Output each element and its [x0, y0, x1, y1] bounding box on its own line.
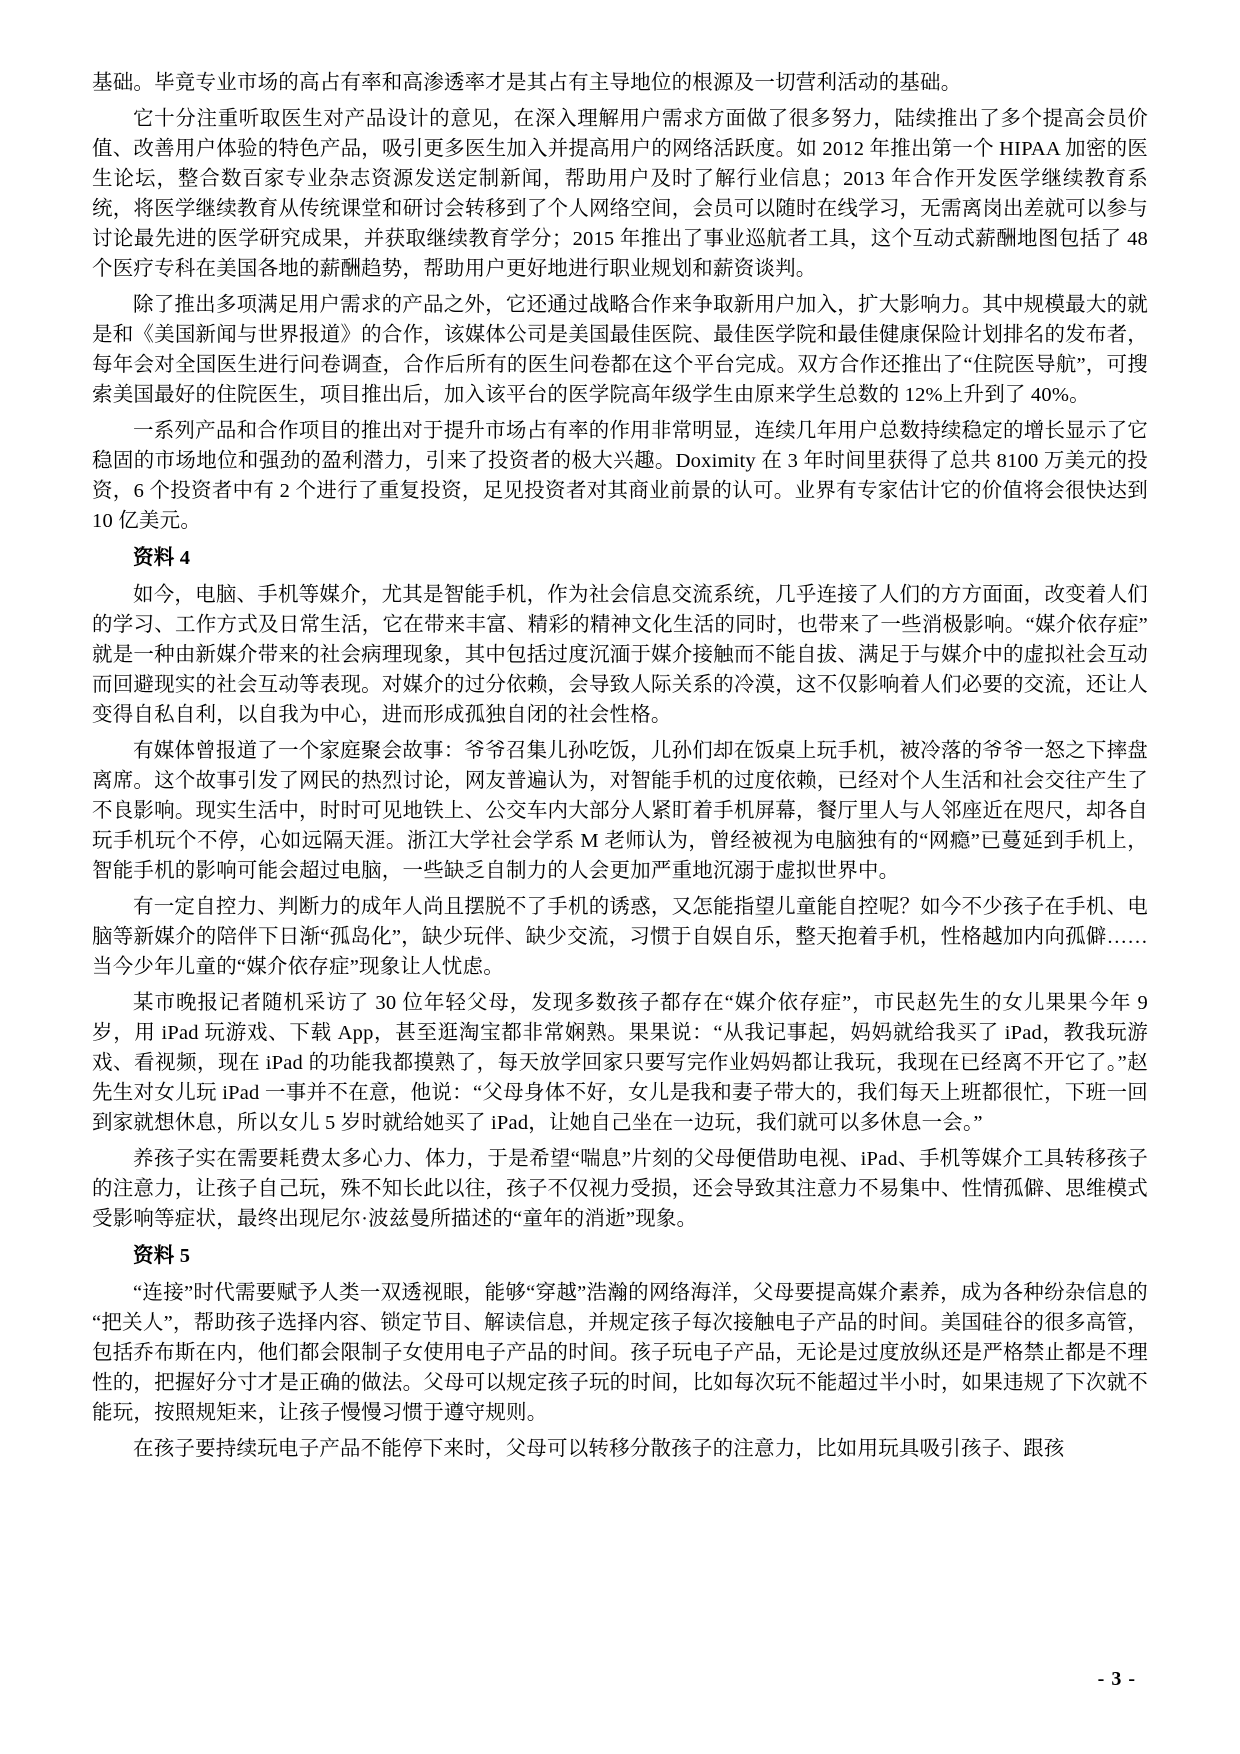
- paragraph: “连接”时代需要赋予人类一双透视眼，能够“穿越”浩瀚的网络海洋，父母要提高媒介素…: [92, 1278, 1148, 1428]
- paragraph: 有媒体曾报道了一个家庭聚会故事：爷爷召集儿孙吃饭，儿孙们却在饭桌上玩手机，被冷落…: [92, 736, 1148, 886]
- material-4-heading: 资料 4: [92, 543, 1148, 573]
- document-page: 基础。毕竟专业市场的高占有率和高渗透率才是其占有主导地位的根源及一切营利活动的基…: [0, 0, 1240, 1754]
- paragraph: 如今，电脑、手机等媒介，尤其是智能手机，作为社会信息交流系统，几乎连接了人们的方…: [92, 580, 1148, 730]
- continued-paragraph: 基础。毕竟专业市场的高占有率和高渗透率才是其占有主导地位的根源及一切营利活动的基…: [92, 68, 1148, 98]
- material-5-heading: 资料 5: [92, 1241, 1148, 1271]
- paragraph: 除了推出多项满足用户需求的产品之外，它还通过战略合作来争取新用户加入，扩大影响力…: [92, 290, 1148, 410]
- page-number: - 3 -: [1098, 1668, 1136, 1691]
- paragraph: 某市晚报记者随机采访了 30 位年轻父母，发现多数孩子都存在“媒介依存症”，市民…: [92, 988, 1148, 1138]
- paragraph: 养孩子实在需要耗费太多心力、体力，于是希望“喘息”片刻的父母便借助电视、iPad…: [92, 1144, 1148, 1234]
- paragraph: 它十分注重听取医生对产品设计的意见，在深入理解用户需求方面做了很多努力，陆续推出…: [92, 104, 1148, 284]
- paragraph: 在孩子要持续玩电子产品不能停下来时，父母可以转移分散孩子的注意力，比如用玩具吸引…: [92, 1434, 1148, 1464]
- document-content: 基础。毕竟专业市场的高占有率和高渗透率才是其占有主导地位的根源及一切营利活动的基…: [92, 68, 1148, 1470]
- paragraph: 有一定自控力、判断力的成年人尚且摆脱不了手机的诱惑，又怎能指望儿童能自控呢？如今…: [92, 892, 1148, 982]
- paragraph: 一系列产品和合作项目的推出对于提升市场占有率的作用非常明显，连续几年用户总数持续…: [92, 416, 1148, 536]
